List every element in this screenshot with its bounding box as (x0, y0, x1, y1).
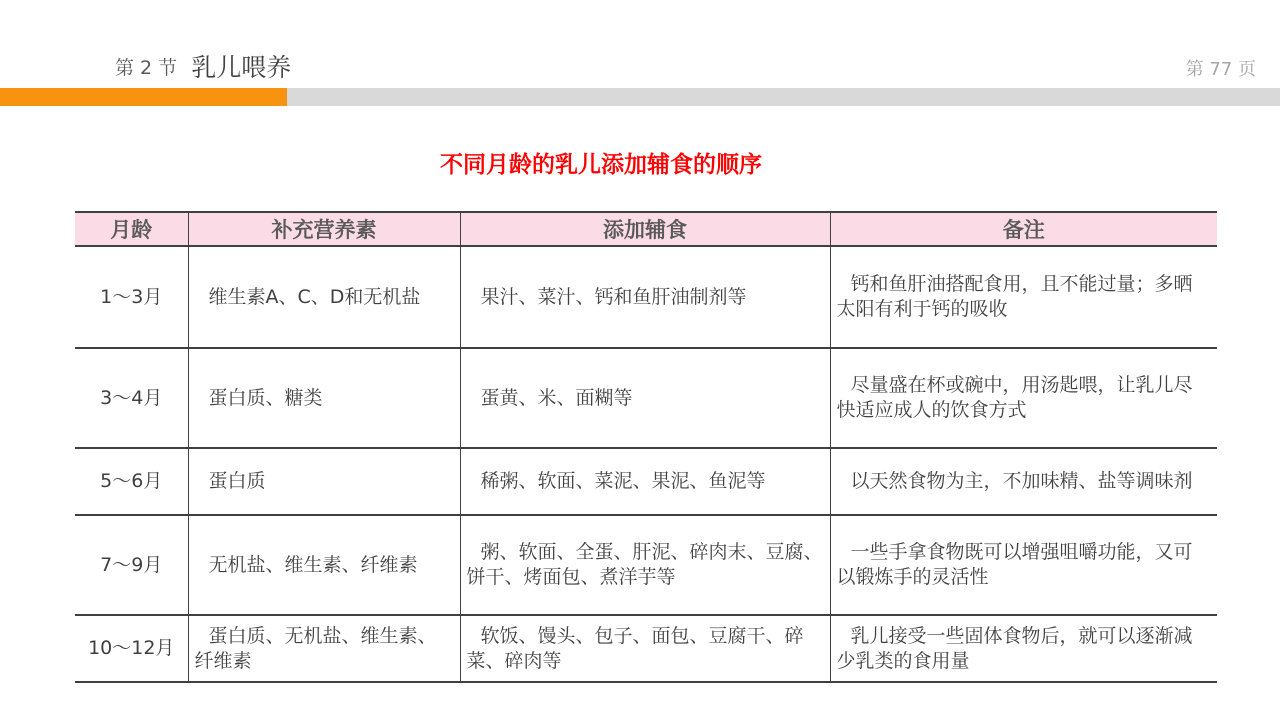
cell-age: 10～12月 (75, 615, 188, 682)
column-header-nutrients: 补充营养素 (188, 212, 460, 246)
cell-nutrients: 蛋白质、无机盐、维生素、纤维素 (188, 615, 460, 682)
table-header-row: 月龄 补充营养素 添加辅食 备注 (75, 212, 1217, 246)
cell-notes: 以天然食物为主，不加味精、盐等调味剂 (830, 448, 1217, 515)
cell-nutrients: 维生素A、C、D和无机盐 (188, 246, 460, 348)
table-row: 7～9月 无机盐、维生素、纤维素 粥、软面、全蛋、肝泥、碎肉末、豆腐、饼干、烤面… (75, 515, 1217, 615)
table-row: 3～4月 蛋白质、糖类 蛋黄、米、面糊等 尽量盛在杯或碗中，用汤匙喂，让乳儿尽快… (75, 348, 1217, 448)
header-accent-bar (0, 88, 287, 106)
cell-foods: 粥、软面、全蛋、肝泥、碎肉末、豆腐、饼干、烤面包、煮洋芋等 (460, 515, 830, 615)
cell-age: 1～3月 (75, 246, 188, 348)
header-divider-bar (0, 88, 1280, 106)
cell-age: 3～4月 (75, 348, 188, 448)
section-number: 第 2 节 (115, 57, 177, 79)
cell-foods: 软饭、馒头、包子、面包、豆腐干、碎菜、碎肉等 (460, 615, 830, 682)
slide-title: 不同月龄的乳儿添加辅食的顺序 (0, 146, 1202, 179)
feeding-order-table: 月龄 补充营养素 添加辅食 备注 1～3月 维生素A、C、D和无机盐 果汁、菜汁… (75, 211, 1217, 683)
section-heading: 第 2 节 乳儿喂养 (115, 46, 291, 82)
cell-nutrients: 蛋白质 (188, 448, 460, 515)
cell-notes: 尽量盛在杯或碗中，用汤匙喂，让乳儿尽快适应成人的饮食方式 (830, 348, 1217, 448)
cell-foods: 稀粥、软面、菜泥、果泥、鱼泥等 (460, 448, 830, 515)
cell-age: 5～6月 (75, 448, 188, 515)
cell-notes: 钙和鱼肝油搭配食用，且不能过量；多晒太阳有利于钙的吸收 (830, 246, 1217, 348)
cell-nutrients: 蛋白质、糖类 (188, 348, 460, 448)
cell-notes: 一些手拿食物既可以增强咀嚼功能，又可以锻炼手的灵活性 (830, 515, 1217, 615)
section-title: 乳儿喂养 (191, 53, 291, 82)
cell-foods: 蛋黄、米、面糊等 (460, 348, 830, 448)
cell-age: 7～9月 (75, 515, 188, 615)
table-row: 10～12月 蛋白质、无机盐、维生素、纤维素 软饭、馒头、包子、面包、豆腐干、碎… (75, 615, 1217, 682)
table-row: 5～6月 蛋白质 稀粥、软面、菜泥、果泥、鱼泥等 以天然食物为主，不加味精、盐等… (75, 448, 1217, 515)
cell-notes: 乳儿接受一些固体食物后，就可以逐渐减少乳类的食用量 (830, 615, 1217, 682)
page-number: 第 77 页 (1186, 55, 1256, 81)
cell-foods: 果汁、菜汁、钙和鱼肝油制剂等 (460, 246, 830, 348)
table-row: 1～3月 维生素A、C、D和无机盐 果汁、菜汁、钙和鱼肝油制剂等 钙和鱼肝油搭配… (75, 246, 1217, 348)
column-header-age: 月龄 (75, 212, 188, 246)
column-header-notes: 备注 (830, 212, 1217, 246)
cell-nutrients: 无机盐、维生素、纤维素 (188, 515, 460, 615)
column-header-foods: 添加辅食 (460, 212, 830, 246)
